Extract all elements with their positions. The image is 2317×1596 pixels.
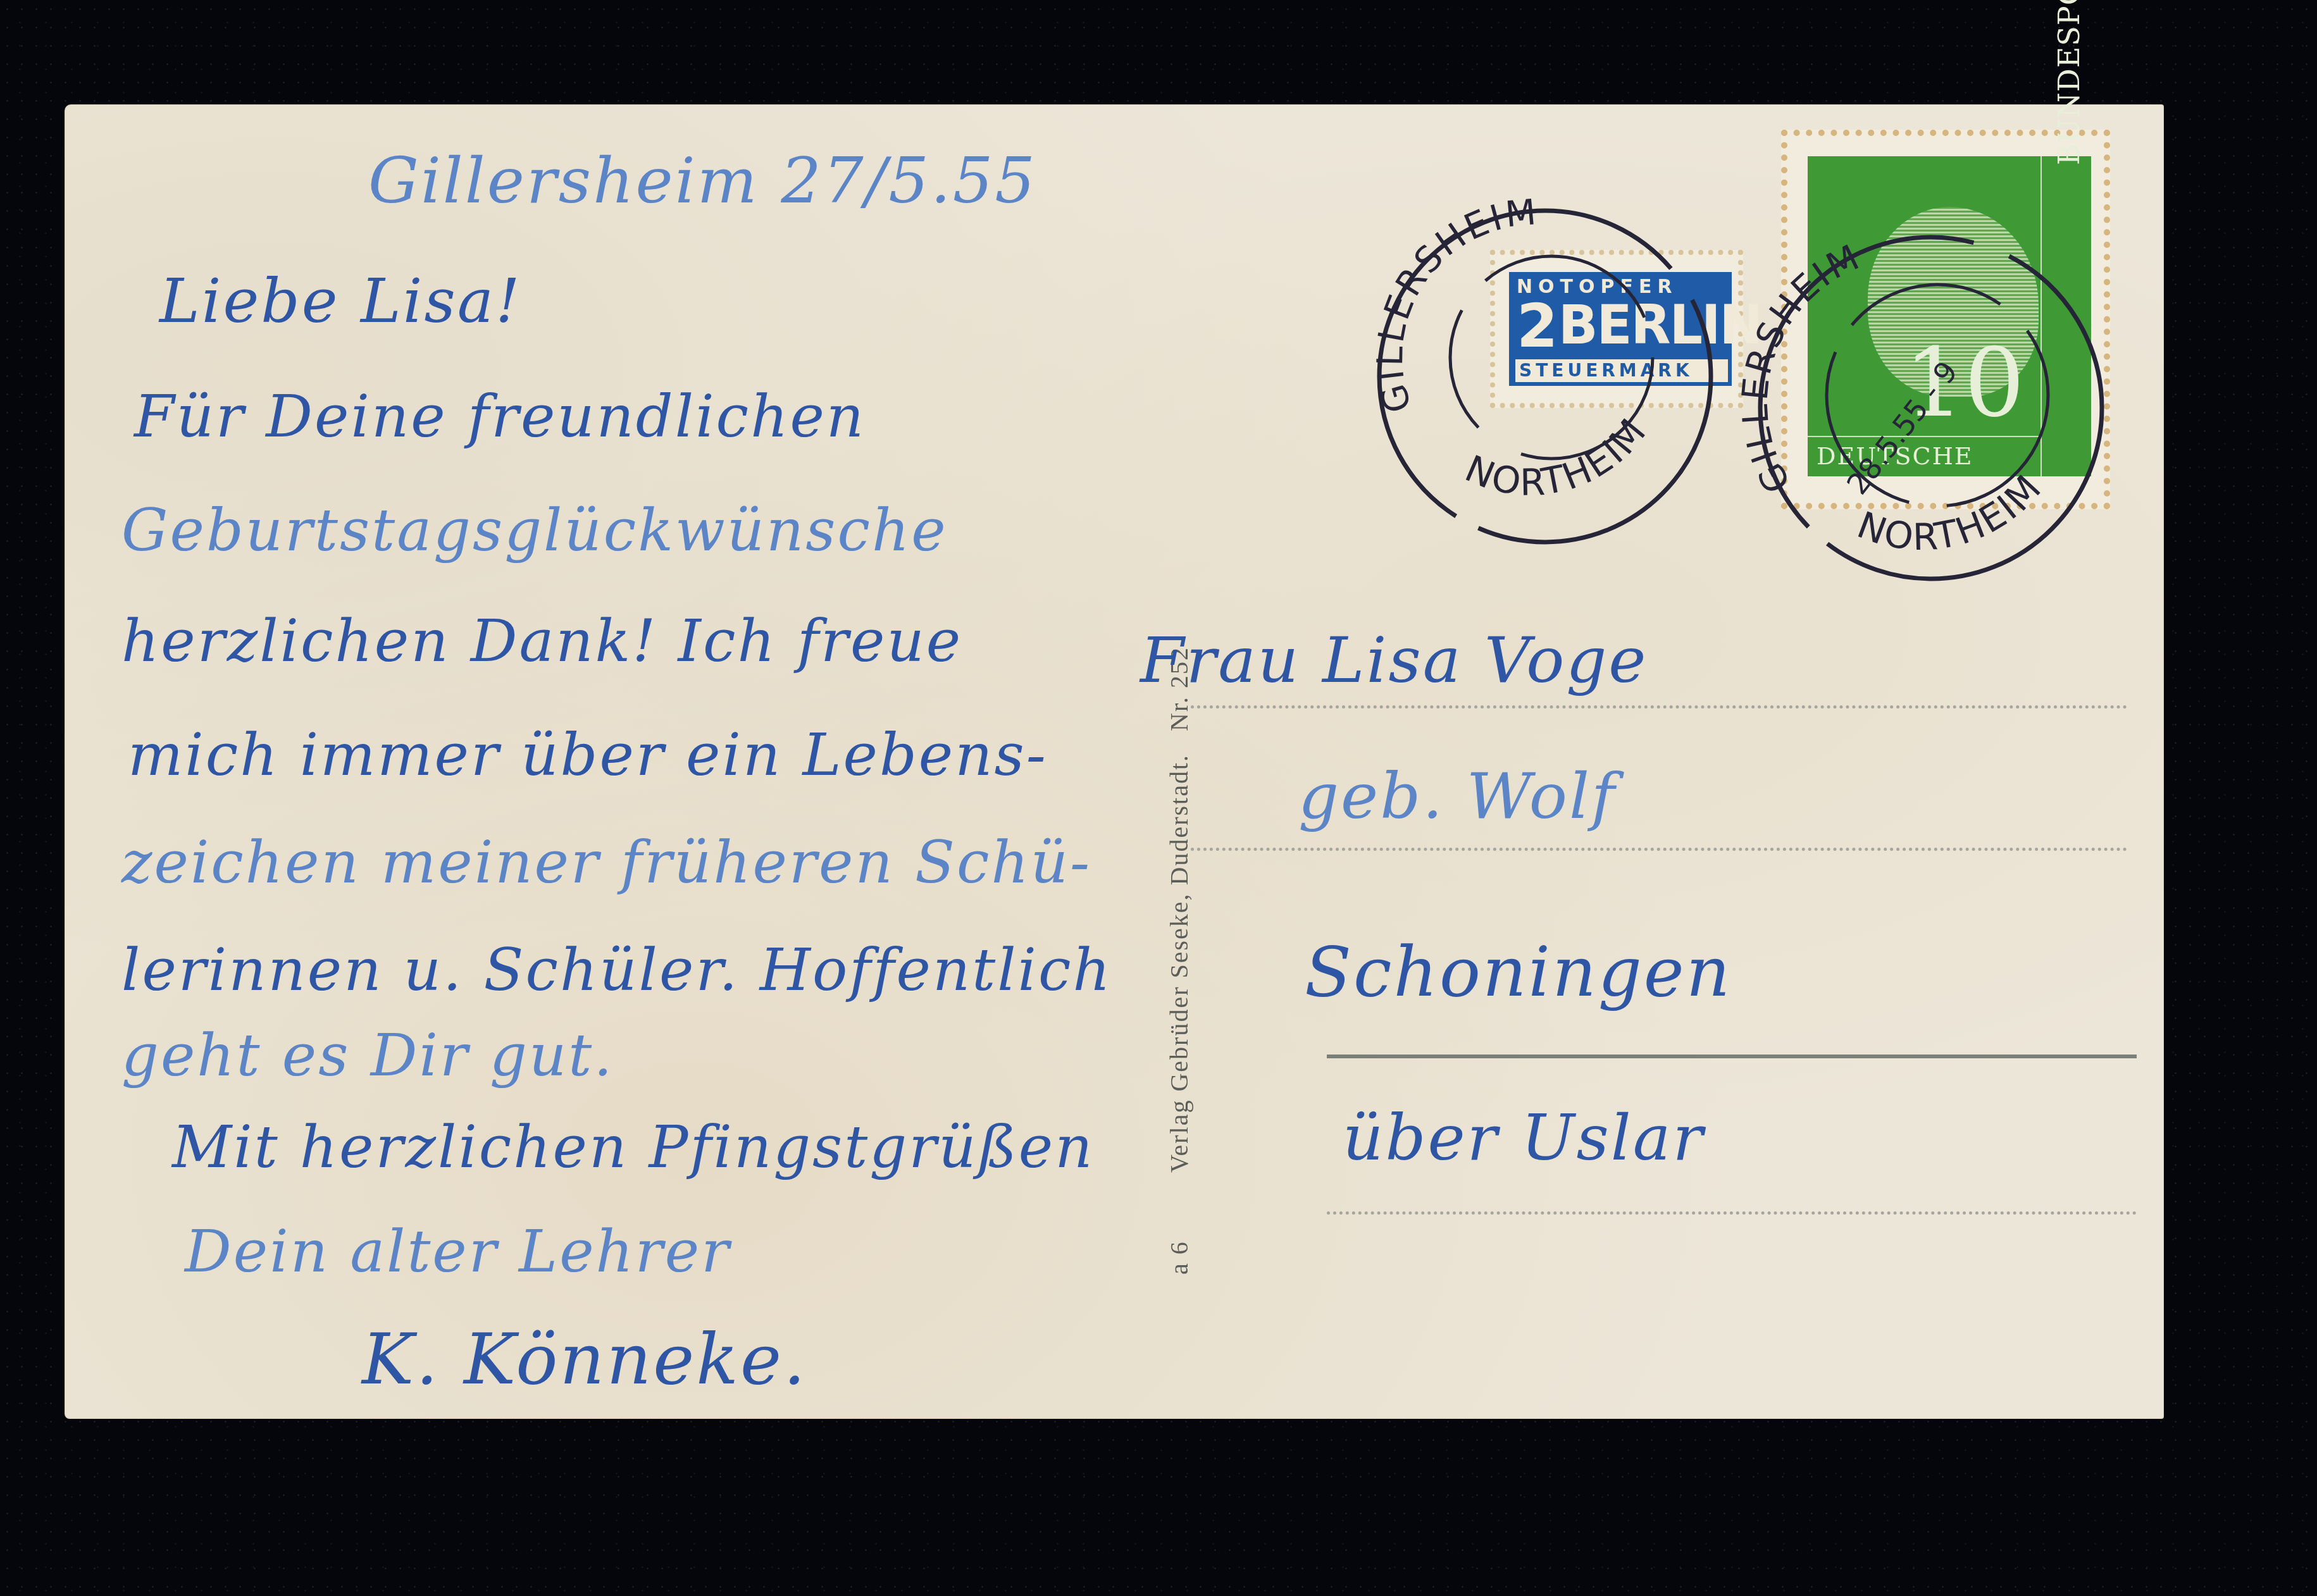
postmark-district: NORTHEIM	[1459, 409, 1655, 504]
postcard: Gillersheim 27/5.55 Liebe Lisa! Für Dein…	[65, 104, 2164, 1419]
address-rule-town	[1327, 1055, 2137, 1058]
address-town: Schoningen	[1305, 933, 1732, 1012]
closing-line: Mit herzlichen Pfingstgrüßen	[172, 1113, 1095, 1181]
address-maiden-name: geb. Wolf	[1298, 759, 1617, 833]
stamp-bottom-text: STEUERMARK	[1515, 359, 1728, 382]
stamp-design: 10 DEUTSCHE BUNDESPOST	[1808, 156, 2091, 476]
address-via: über Uslar	[1343, 1101, 1705, 1175]
message-line: zeichen meiner früheren Schü-	[121, 829, 1091, 896]
address-rule	[1327, 1211, 2137, 1215]
place-date: Gillersheim 27/5.55	[368, 144, 1037, 218]
imprint-code: a 6	[1165, 1240, 1193, 1275]
bundespost-10-stamp: 10 DEUTSCHE BUNDESPOST	[1781, 130, 2110, 509]
message-line: mich immer über ein Lebens-	[128, 721, 1048, 789]
address-recipient: Frau Lisa Voge	[1140, 623, 1648, 697]
salutation: Liebe Lisa!	[159, 266, 522, 337]
imprint-publisher: Verlag Gebrüder Seseke, Duderstadt.	[1165, 754, 1193, 1173]
publisher-imprint: a 6 Verlag Gebrüder Seseke, Duderstadt. …	[1164, 646, 1194, 1275]
message-line: Geburtstagsglückwünsche	[121, 497, 948, 564]
svg-text:NORTHEIM: NORTHEIM	[1459, 409, 1655, 504]
stamp-value: 10	[1904, 336, 2025, 431]
stamp-design: NOTOPFER 2 BERLIN STEUERMARK	[1509, 272, 1732, 386]
stamp-value: 2	[1517, 297, 1558, 357]
notopfer-berlin-stamp: NOTOPFER 2 BERLIN STEUERMARK	[1490, 250, 1743, 408]
signature: K. Könneke.	[362, 1319, 807, 1400]
message-line: geht es Dir gut.	[121, 1022, 614, 1089]
closing-line: Dein alter Lehrer	[185, 1218, 731, 1285]
address-rule	[1191, 848, 2127, 851]
stamp-city: BERLIN	[1558, 296, 1761, 356]
address-rule	[1191, 705, 2127, 708]
stamp-frame-rule	[2041, 156, 2042, 476]
message-line: lerinnen u. Schüler. Hoffentlich	[121, 936, 1112, 1004]
message-line: herzlichen Dank! Ich freue	[121, 607, 962, 675]
message-line: Für Deine freundlichen	[134, 383, 866, 450]
stamp-issuer: BUNDESPOST	[2052, 0, 2086, 165]
stamp-country: DEUTSCHE	[1817, 442, 1973, 470]
